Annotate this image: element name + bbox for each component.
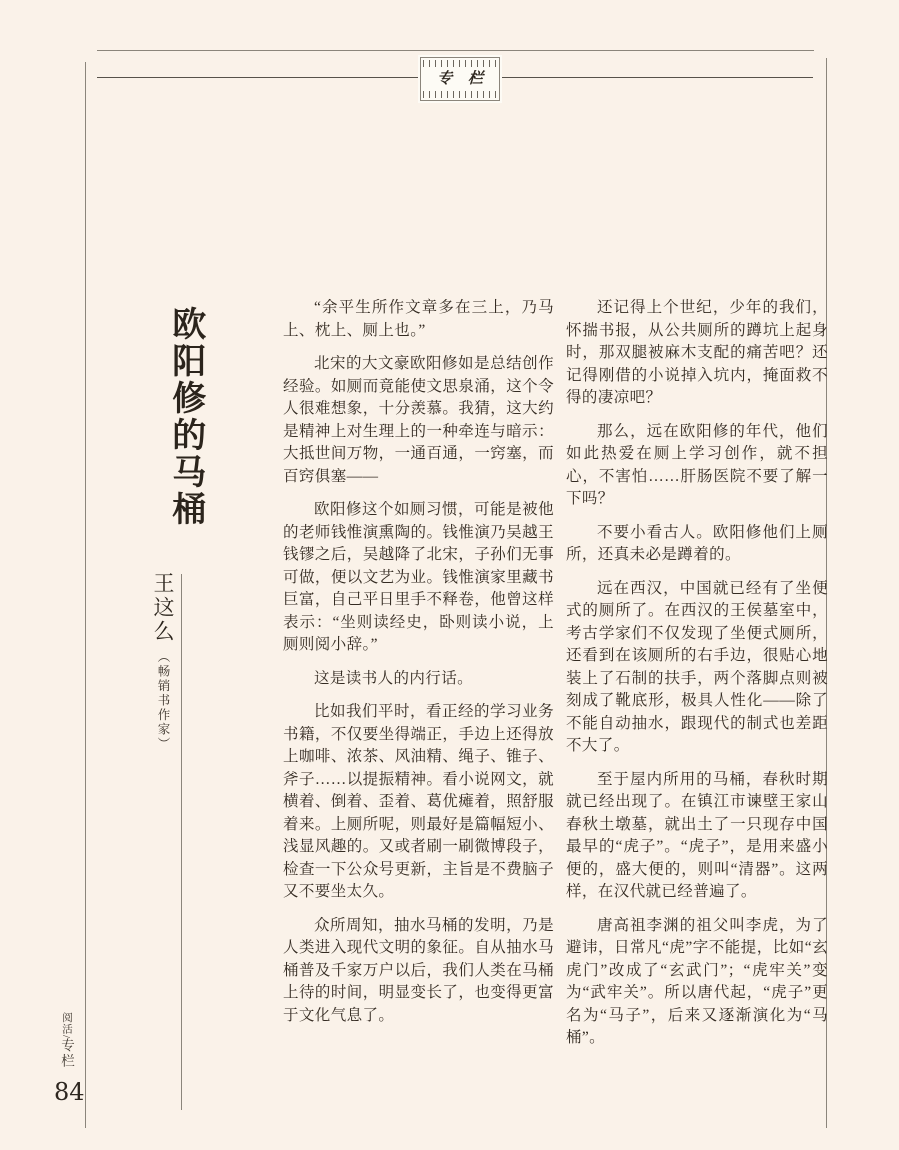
paragraph: 不要小看古人。欧阳修他们上厕所，还真未必是蹲着的。 xyxy=(566,522,828,567)
page-number: 84 xyxy=(54,1078,85,1106)
footer-section-label: 阅活/专栏 xyxy=(56,1012,76,1082)
paragraph: 那么，远在欧阳修的年代，他们如此热爱在厕上学习创作，就不担心，不害怕……肝肠医院… xyxy=(566,421,828,511)
section-badge: 专栏 xyxy=(420,57,500,101)
paragraph: 这是读书人的内行话。 xyxy=(283,668,554,691)
paragraph: 唐高祖李渊的祖父叫李虎，为了避讳，日常凡“虎”字不能提，比如“玄虎门”改成了“玄… xyxy=(566,915,828,1050)
author-block: 王这么（畅销书作家） xyxy=(148,572,178,992)
paragraph: “余平生所作文章多在三上，乃马上、枕上、厕上也。” xyxy=(283,297,554,342)
author-name: 王这么 xyxy=(151,572,175,644)
paragraph: 北宋的大文豪欧阳修如是总结创作经验。如厕而竟能使文思泉涌，这个令人很难想象，十分… xyxy=(283,353,554,488)
text-column-right: 还记得上个世纪，少年的我们，怀揣书报，从公共厕所的蹲坑上起身时，那双腿被麻木支配… xyxy=(566,297,828,1061)
paragraph: 比如我们平时，看正经的学习业务书籍，不仅要坐得端正，手边上还得放上咖啡、浓茶、风… xyxy=(283,701,554,904)
paragraph: 远在西汉，中国就已经有了坐便式的厕所了。在西汉的王侯墓室中，考古学家们不仅发现了… xyxy=(566,578,828,758)
paragraph: 欧阳修这个如厕习惯，可能是被他的老师钱惟演熏陶的。钱惟演乃吴越王钱镠之后，吴越降… xyxy=(283,499,554,657)
footer-column-name: 专栏 xyxy=(59,1038,74,1069)
author-note: （畅销书作家） xyxy=(156,650,170,752)
footer-magazine-name: 阅活 xyxy=(61,1012,72,1035)
badge-stripe-bottom xyxy=(423,91,497,98)
left-margin-rule xyxy=(85,62,86,1128)
paragraph: 还记得上个世纪，少年的我们，怀揣书报，从公共厕所的蹲坑上起身时，那双腿被麻木支配… xyxy=(566,297,828,410)
badge-stripe-top xyxy=(423,60,497,67)
paragraph: 至于屋内所用的马桶，春秋时期就已经出现了。在镇江市谏壁王家山春秋土墩墓，就出土了… xyxy=(566,769,828,904)
top-horizontal-rule xyxy=(97,50,814,51)
section-badge-label: 专栏 xyxy=(420,69,499,89)
paragraph: 众所周知，抽水马桶的发明，乃是人类进入现代文明的象征。自从抽水马桶普及千家万户以… xyxy=(283,915,554,1028)
text-column-left: “余平生所作文章多在三上，乃马上、枕上、厕上也。”北宋的大文豪欧阳修如是总结创作… xyxy=(283,297,554,1038)
